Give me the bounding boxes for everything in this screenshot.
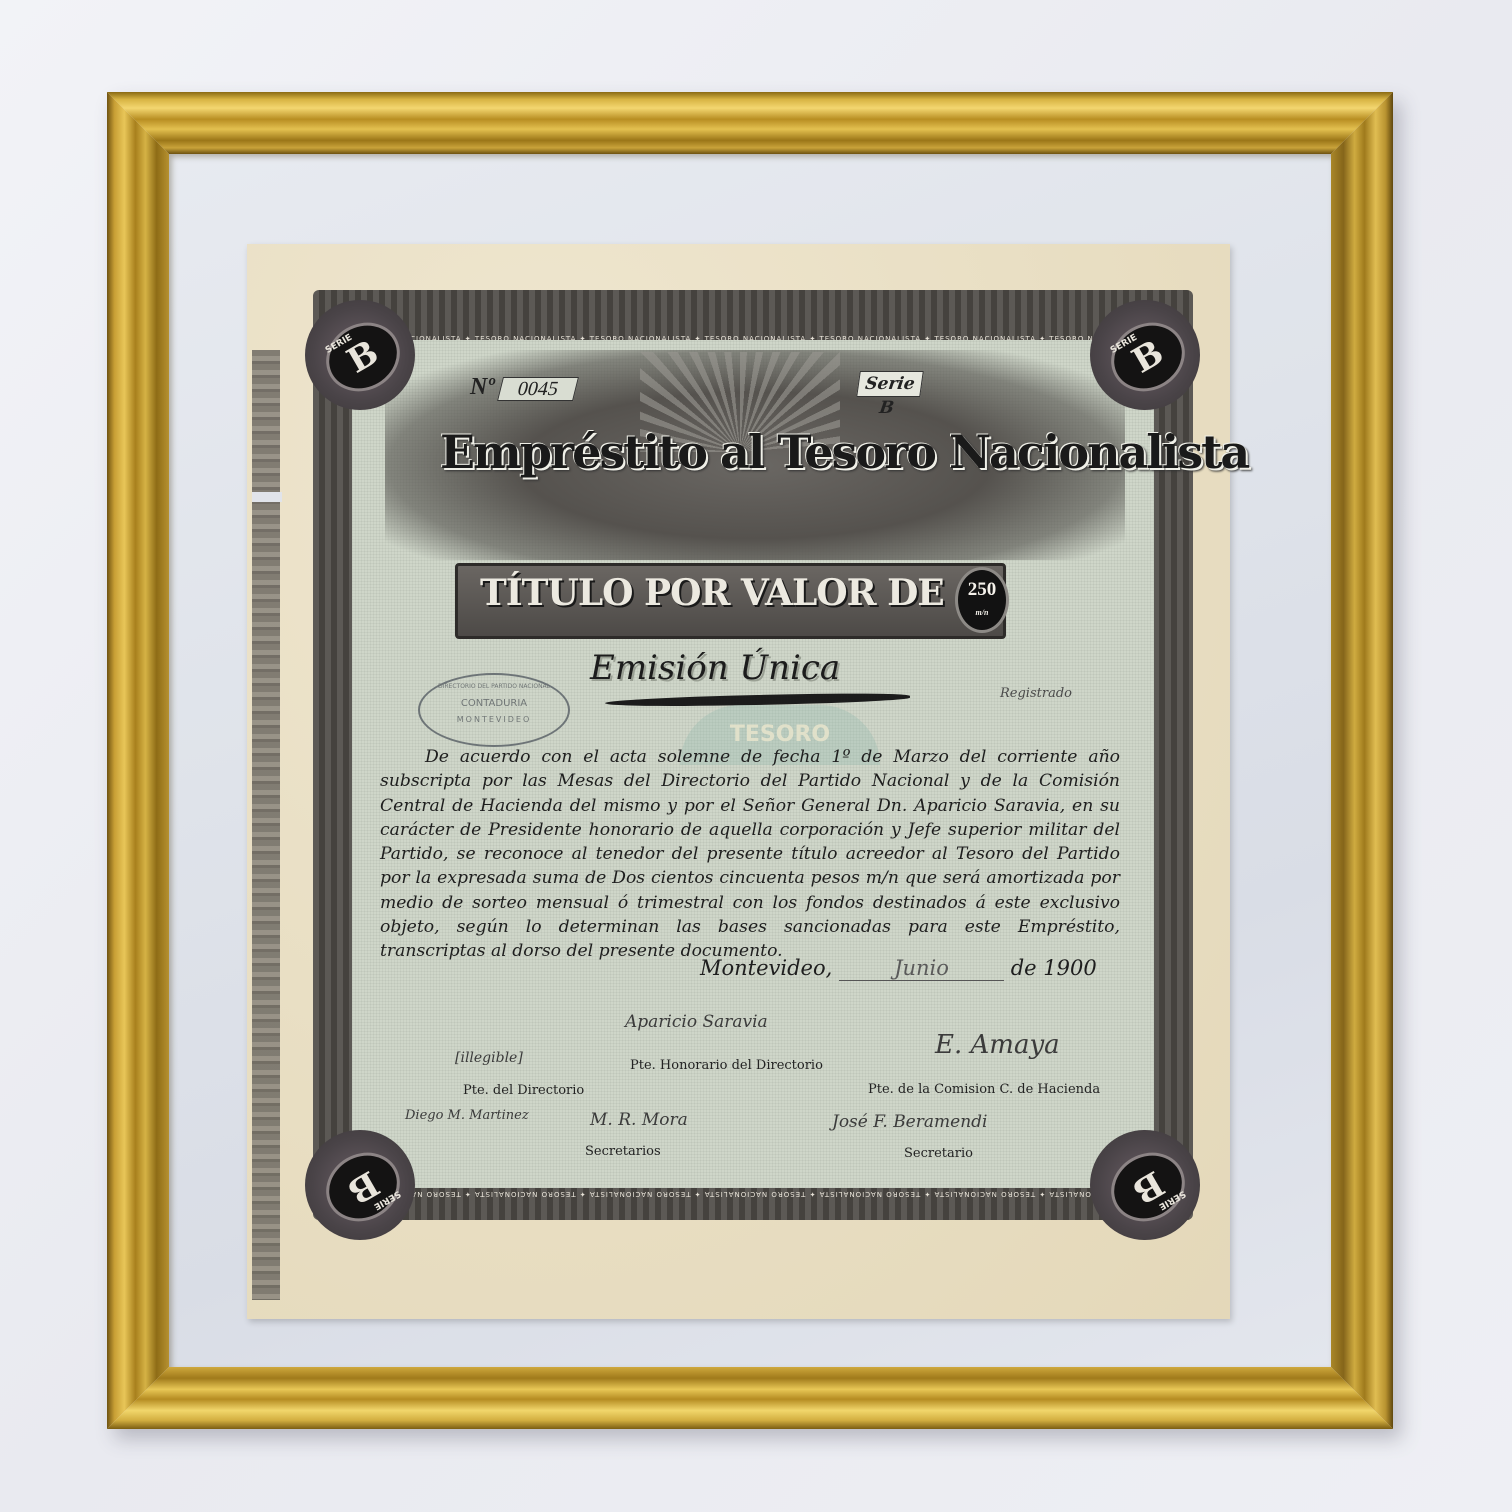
place: Montevideo, bbox=[700, 956, 832, 980]
role-presidente-directorio: Pte. del Directorio bbox=[463, 1083, 584, 1098]
frame-top-rail bbox=[107, 92, 1393, 154]
role-presidente-honorario: Pte. Honorario del Directorio bbox=[630, 1058, 823, 1073]
signature-beramendi: José F. Beramendi bbox=[832, 1112, 987, 1132]
signature-mora: M. R. Mora bbox=[590, 1110, 688, 1130]
role-secretarios: Secretarios bbox=[585, 1144, 661, 1159]
frame-bottom-rail bbox=[107, 1367, 1393, 1429]
corner-badge-top-right: SERIEB bbox=[1090, 300, 1200, 410]
place-date-line: Montevideo, Junio de 1900 bbox=[700, 956, 1097, 981]
value-banner-text: TÍTULO POR VALOR DE $. bbox=[480, 572, 960, 614]
registered-note: Registrado bbox=[1000, 686, 1072, 701]
frame-left-rail bbox=[107, 92, 169, 1429]
contaduria-stamp: DIRECTORIO DEL PARTIDO NACIONAL CONTADUR… bbox=[418, 673, 570, 747]
signature-amaya: E. Amaya bbox=[935, 1030, 1060, 1060]
certificate-number: 0045 bbox=[497, 377, 579, 401]
corner-badge-bottom-left: SERIEB bbox=[305, 1130, 415, 1240]
certificate-title: Empréstito al Tesoro Nacionalista bbox=[440, 425, 1100, 479]
corner-badge-top-left: SERIEB bbox=[305, 300, 415, 410]
serie-label: Serie B bbox=[856, 371, 924, 397]
frame-right-rail bbox=[1331, 92, 1393, 1429]
year: de 1900 bbox=[1011, 956, 1097, 980]
certificate-body: De acuerdo con el acta solemne de fecha … bbox=[380, 745, 1120, 964]
stub-tear bbox=[252, 492, 282, 502]
signature-saravia: Aparicio Saravia bbox=[625, 1012, 768, 1032]
face-value: 250 m/n bbox=[955, 567, 1009, 633]
role-secretario: Secretario bbox=[904, 1146, 973, 1161]
number-prefix: Nº bbox=[470, 374, 495, 401]
signature-directorio-secondary: Diego M. Martinez bbox=[405, 1108, 529, 1123]
corner-badge-bottom-right: SERIEB bbox=[1090, 1130, 1200, 1240]
body-paragraph: De acuerdo con el acta solemne de fecha … bbox=[380, 745, 1120, 964]
role-presidente-comision: Pte. de la Comision C. de Hacienda bbox=[868, 1082, 1100, 1097]
signature-presidente-directorio: [illegible] bbox=[455, 1050, 523, 1066]
border-microtext-bottom: TESORO NACIONALISTA ✦ TESORO NACIONALIST… bbox=[360, 1190, 1150, 1198]
emission-heading: Emisión Única bbox=[590, 648, 840, 688]
month: Junio bbox=[839, 956, 1004, 981]
